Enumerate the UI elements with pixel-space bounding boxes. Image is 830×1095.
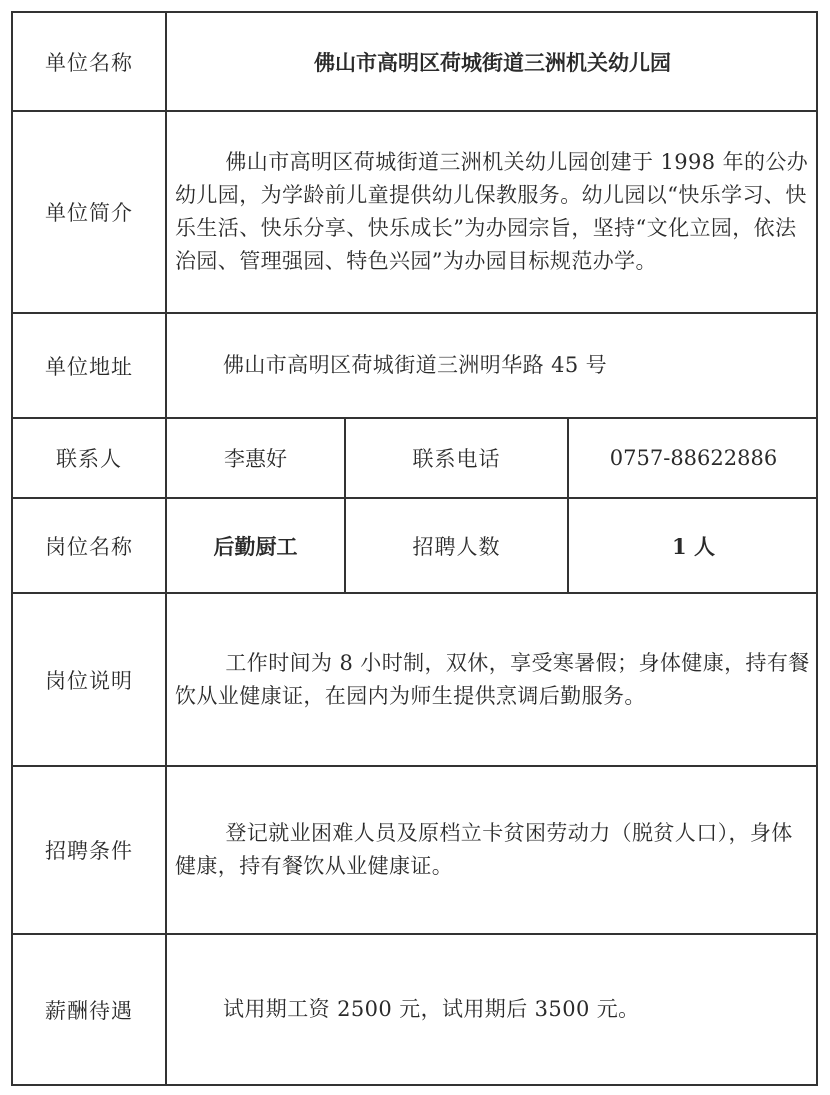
headcount-label: 招聘人数 — [346, 499, 567, 592]
unit-intro-text: 佛山市高明区荷城街道三洲机关幼儿园创建于 1998 年的公办幼儿园，为学龄前儿童… — [167, 146, 818, 278]
contact-value: 李惠好 — [167, 419, 344, 497]
requirements-text: 登记就业困难人员及原档立卡贫困劳动力（脱贫人口），身体健康，持有餐饮从业健康证。 — [167, 817, 818, 883]
unit-intro-label: 单位简介 — [13, 112, 165, 312]
position-desc-cell: 工作时间为 8 小时制，双休，享受寒暑假；身体健康，持有餐饮从业健康证，在园内为… — [167, 594, 818, 765]
job-posting-table: 单位名称 佛山市高明区荷城街道三洲机关幼儿园 单位简介 佛山市高明区荷城街道三洲… — [11, 11, 818, 1086]
unit-address-text: 佛山市高明区荷城街道三洲明华路 45 号 — [167, 349, 607, 382]
salary-text: 试用期工资 2500 元，试用期后 3500 元。 — [167, 993, 640, 1026]
position-desc-label: 岗位说明 — [13, 594, 165, 765]
unit-address-label: 单位地址 — [13, 314, 165, 417]
position-label: 岗位名称 — [13, 499, 165, 592]
phone-label: 联系电话 — [346, 419, 567, 497]
contact-label: 联系人 — [13, 419, 165, 497]
unit-address-cell: 佛山市高明区荷城街道三洲明华路 45 号 — [167, 314, 818, 417]
unit-name-value: 佛山市高明区荷城街道三洲机关幼儿园 — [167, 13, 818, 110]
unit-intro-cell: 佛山市高明区荷城街道三洲机关幼儿园创建于 1998 年的公办幼儿园，为学龄前儿童… — [167, 112, 818, 312]
requirements-label: 招聘条件 — [13, 767, 165, 933]
phone-value: 0757-88622886 — [569, 419, 818, 497]
position-desc-text: 工作时间为 8 小时制，双休，享受寒暑假；身体健康，持有餐饮从业健康证，在园内为… — [167, 647, 818, 713]
unit-name-label: 单位名称 — [13, 13, 165, 110]
salary-label: 薪酬待遇 — [13, 935, 165, 1084]
headcount-value: 1 人 — [569, 499, 818, 592]
salary-cell: 试用期工资 2500 元，试用期后 3500 元。 — [167, 935, 818, 1084]
requirements-cell: 登记就业困难人员及原档立卡贫困劳动力（脱贫人口），身体健康，持有餐饮从业健康证。 — [167, 767, 818, 933]
position-value: 后勤厨工 — [167, 499, 344, 592]
